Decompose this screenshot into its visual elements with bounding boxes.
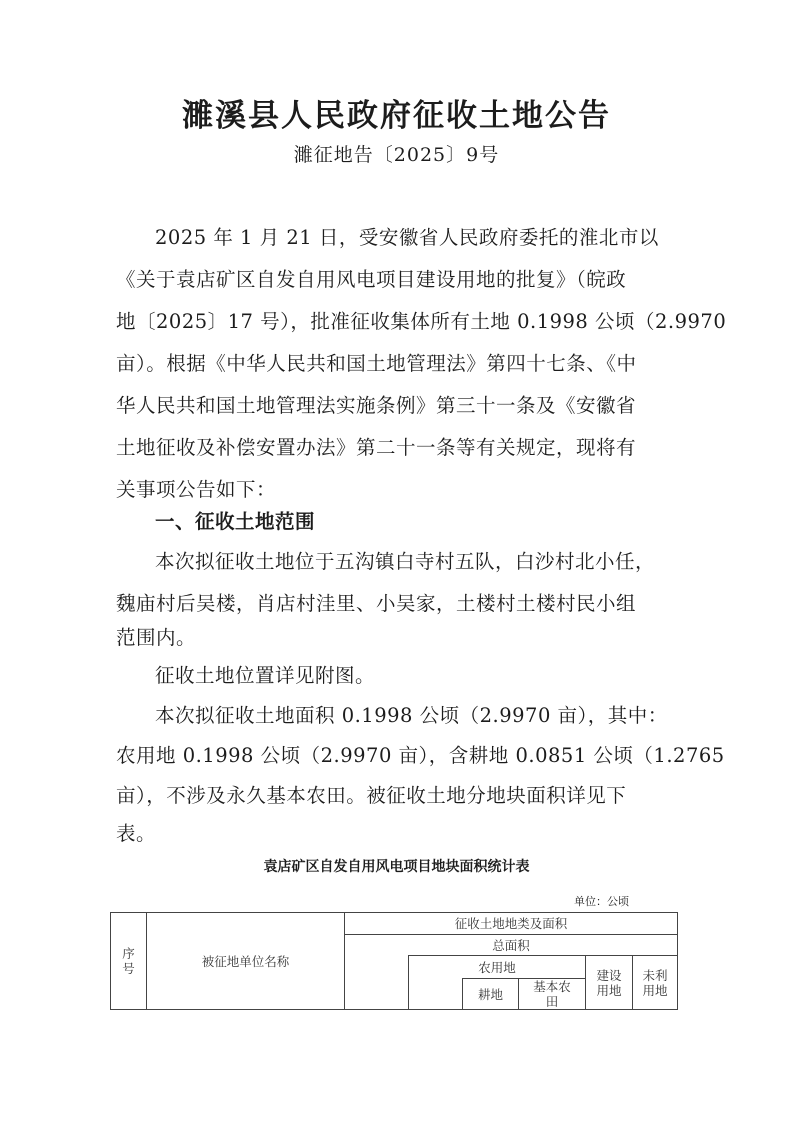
land-area-table: 序号 被征地单位名称 征收土地地类及面积 总面积 农用地 耕地 基本农田 建设用… [110, 912, 678, 1010]
header-cultivated: 耕地 [463, 979, 518, 1009]
header-construction-label: 建设用地 [595, 968, 623, 998]
scope-line: 魏庙村后吴楼，肖店村洼里、小吴家，土楼村土楼村民小组 [116, 588, 696, 616]
header-basic-farmland: 基本农田 [519, 979, 585, 1009]
header-basic-farmland-label: 基本农田 [532, 979, 572, 1009]
area-line: 本次拟征收土地面积 0.1998 公顷（2.9970 亩），其中： [155, 700, 735, 728]
intro-line: 2025 年 1 月 21 日，受安徽省人民政府委托的淮北市以 [155, 222, 735, 250]
header-unused-label: 未利用地 [641, 968, 669, 998]
intro-line: 土地征收及补偿安置办法》第二十一条等有关规定，现将有 [116, 432, 696, 460]
section-heading: 一、征收土地范围 [155, 506, 735, 534]
area-line: 亩），不涉及永久基本农田。被征收土地分地块面积详见下 [116, 780, 696, 808]
header-unused: 未利用地 [633, 956, 677, 1009]
header-construction: 建设用地 [586, 956, 632, 1009]
header-unit-name: 被征地单位名称 [147, 913, 344, 1009]
header-seq: 序号 [111, 913, 146, 1009]
area-line: 表。 [116, 818, 696, 846]
intro-line: 地〔2025〕17 号），批准征收集体所有土地 0.1998 公顷（2.9970 [116, 306, 696, 334]
location-paragraph: 征收土地位置详见附图。 [155, 660, 735, 688]
header-agricultural: 农用地 [409, 956, 585, 978]
intro-line: 华人民共和国土地管理法实施条例》第三十一条及《安徽省 [116, 390, 696, 418]
table-unit: 单位：公顷 [574, 893, 629, 909]
intro-line: 亩）。根据《中华人民共和国土地管理法》第四十七条、《中 [116, 348, 696, 376]
intro-line: 《关于袁店矿区自发自用风电项目建设用地的批复》（皖政 [116, 264, 696, 292]
header-seq-label: 序号 [122, 946, 136, 976]
header-total-area: 总面积 [345, 935, 677, 955]
table-title: 袁店矿区自发自用风电项目地块面积统计表 [0, 856, 793, 876]
document-title: 濉溪县人民政府征收土地公告 [0, 90, 793, 135]
area-line: 农用地 0.1998 公顷（2.9970 亩），含耕地 0.0851 公顷（1.… [116, 740, 696, 768]
scope-line: 范围内。 [116, 622, 696, 650]
table-border [110, 1009, 678, 1010]
scope-line: 本次拟征收土地位于五沟镇白寺村五队，白沙村北小任， [155, 546, 735, 574]
table-border [677, 912, 678, 1010]
document-number: 濉征地告〔2025〕9号 [0, 140, 793, 167]
intro-line: 关事项公告如下： [116, 474, 696, 502]
header-land-type-area: 征收土地地类及面积 [345, 913, 677, 934]
